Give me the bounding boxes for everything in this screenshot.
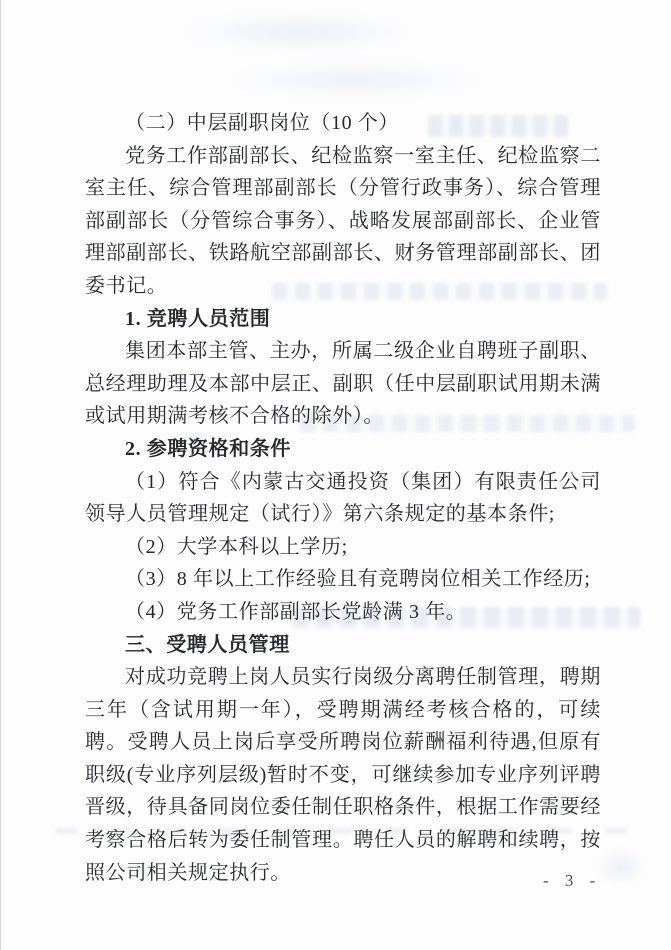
body-paragraph: 对成功竞聘上岗人员实行岗级分离聘任制管理，聘期三年（含试用期一年），受聘期满经考…: [85, 661, 601, 889]
body-paragraph: 集团本部主管、主办，所属二级企业自聘班子副职、总经理助理及本部中层正、副职（任中…: [85, 335, 601, 433]
bleed-through-mark: [150, 8, 520, 104]
section-heading: 1. 竞聘人员范围: [85, 303, 601, 336]
page-number: - 3 -: [543, 871, 601, 891]
body-paragraph: （3）8 年以上工作经验且有竞聘岗位相关工作经历;: [85, 563, 601, 596]
document-body: （二）中层副职岗位（10 个） 党务工作部副部长、纪检监察一室主任、纪检监察二室…: [85, 107, 601, 889]
section-subheading: （二）中层副职岗位（10 个）: [85, 107, 601, 140]
scanned-document-page: （二）中层副职岗位（10 个） 党务工作部副部长、纪检监察一室主任、纪检监察二室…: [0, 0, 671, 950]
body-paragraph: （2）大学本科以上学历;: [85, 531, 601, 564]
section-heading: 2. 参聘资格和条件: [85, 433, 601, 466]
body-paragraph: （4）党务工作部副部长党龄满 3 年。: [85, 596, 601, 629]
section-heading: 三、受聘人员管理: [85, 629, 601, 662]
body-paragraph: 党务工作部副部长、纪检监察一室主任、纪检监察二室主任、综合管理部副部长（分管行政…: [85, 140, 601, 303]
scan-edge-line: [0, 0, 3, 950]
body-paragraph: （1）符合《内蒙古交通投资（集团）有限责任公司领导人员管理规定（试行）》第六条规…: [85, 466, 601, 531]
